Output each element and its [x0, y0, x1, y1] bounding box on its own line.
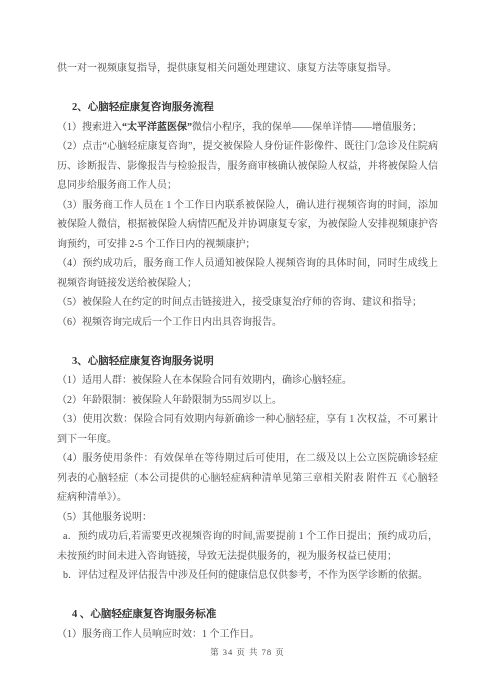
section-2-title: 2、心脑轻症康复咨询服务流程 [57, 98, 438, 118]
section-2-item-1-prefix: （1）搜索进入 [57, 122, 122, 133]
section-4-item-1: （1）服务商工作人员响应时效：1 个工作日。 [57, 625, 438, 645]
section-2-item-6: （6）视频咨询完成后一个工作日内出具咨询报告。 [57, 313, 438, 333]
section-2-item-1-bold-product-name: “太平洋蓝医保” [122, 122, 192, 133]
page-footer: 第 34 页 共 78 页 [0, 646, 495, 658]
section-3-item-1: （1）适用人群：被保险人在本保险合同有效期内，确诊心脑轻症。 [57, 371, 438, 391]
section-3-title: 3、心脑轻症康复咨询服务说明 [57, 352, 438, 372]
section-2-item-1-suffix: 微信小程序，我的保单——保单详情——增值服务； [192, 122, 422, 133]
section-2-item-3: （3）服务商工作人员在 1 个工作日内联系被保险人，确认进行视频咨询的时间，添加… [57, 196, 438, 255]
paragraph-continuation: 供一对一视频康复指导，提供康复相关问题处理建议、康复方法等康复指导。 [57, 59, 438, 79]
section-3-subitem-b: b．评估过程及评估报告中涉及任何的健康信息仅供参考，不作为医学诊断的依据。 [57, 566, 438, 586]
page-content: 供一对一视频康复指导，提供康复相关问题处理建议、康复方法等康复指导。 2、心脑轻… [57, 59, 438, 644]
section-2-item-1: （1）搜索进入“太平洋蓝医保”微信小程序，我的保单——保单详情——增值服务； [57, 118, 438, 138]
document-page: 供一对一视频康复指导，提供康复相关问题处理建议、康复方法等康复指导。 2、心脑轻… [0, 0, 495, 700]
section-3-item-5: （5）其他服务说明： [57, 508, 438, 528]
section-2-item-2: （2）点击“心脑轻症康复咨询”，提交被保险人身份证件影像件、既往门/急诊及住院病… [57, 137, 438, 196]
section-2-item-4: （4）预约成功后，服务商工作人员通知被保险人视频咨询的具体时间，同时生成线上视频… [57, 254, 438, 293]
section-3-item-3: （3）使用次数：保险合同有效期内每新确诊一种心脑轻症，享有 1 次权益，不可累计… [57, 410, 438, 449]
section-3-item-2: （2）年龄限制：被保险人年龄限制为55周岁以上。 [57, 391, 438, 411]
section-3-item-4: （4）服务使用条件：有效保单在等待期过后可使用，在二级及以上公立医院确诊轻症列表… [57, 449, 438, 508]
section-4-title: 4 、心脑轻症康复咨询服务标准 [57, 605, 438, 625]
section-2-item-5: （5）被保险人在约定的时间点击链接进入，接受康复治疗师的咨询、建议和指导； [57, 293, 438, 313]
section-3-subitem-a: a．预约成功后,若需要更改视频咨询的时间,需要提前 1 个工作日提出；预约成功后… [57, 527, 438, 566]
